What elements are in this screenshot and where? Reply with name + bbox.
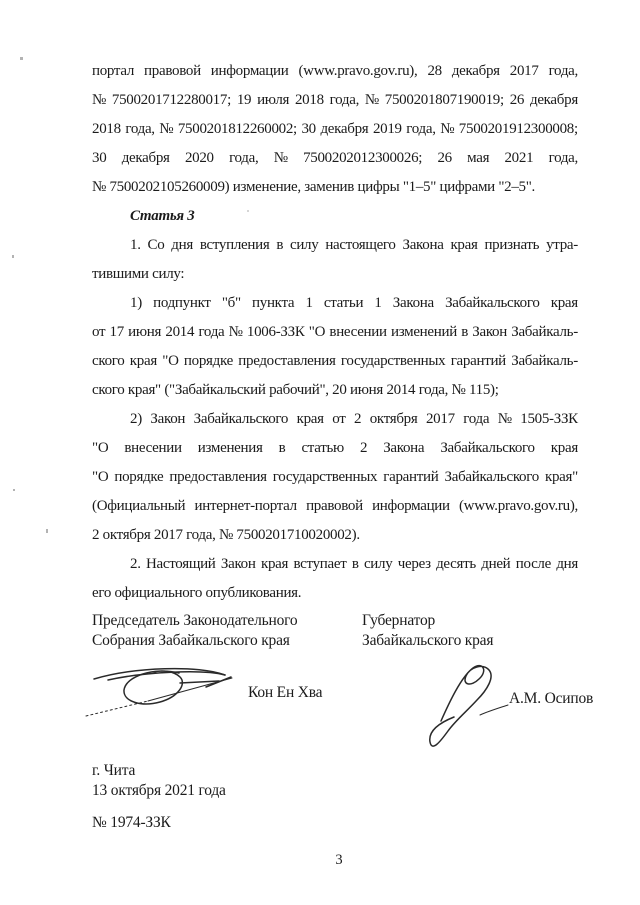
word: предоставления xyxy=(169,463,266,492)
text-line: (Официальныйинтернет-порталправовойинфор… xyxy=(92,492,578,521)
word: 1006-ЗЗК xyxy=(247,318,305,347)
word: края xyxy=(261,550,288,579)
word: "О xyxy=(92,434,108,463)
text-line: от17июня2014года№1006-ЗЗК"Овнесенииизмен… xyxy=(92,318,578,347)
word: признать xyxy=(484,231,539,260)
word: дня xyxy=(171,231,193,260)
word: 30 xyxy=(301,115,315,144)
word: Закон xyxy=(150,405,185,434)
word: 1505-ЗЗК xyxy=(520,405,578,434)
word: изменения xyxy=(198,434,263,463)
word: государственных xyxy=(273,463,377,492)
word: ского xyxy=(92,347,124,376)
word: в xyxy=(279,434,286,463)
word: июля xyxy=(257,86,289,115)
word: № xyxy=(159,115,173,144)
word: края xyxy=(551,434,578,463)
text-line: порталправовойинформации(www.pravo.gov.r… xyxy=(92,57,578,86)
page-number: 3 xyxy=(324,852,354,869)
word: № xyxy=(440,115,454,144)
word: Забайкальского xyxy=(194,405,288,434)
word: декабря xyxy=(530,86,578,115)
word: Закон xyxy=(472,318,507,347)
word: гарантий xyxy=(451,347,506,376)
word: (www.pravo.gov.ru), xyxy=(298,57,417,86)
word: № xyxy=(274,144,288,173)
text-line: №7500201712280017;19июля2018года,№750020… xyxy=(92,86,578,115)
word: Настоящий xyxy=(146,550,216,579)
word: края" xyxy=(545,463,578,492)
chairman-signature-icon xyxy=(84,660,236,722)
word: "О xyxy=(92,463,108,492)
word: 2019 xyxy=(373,115,402,144)
text-line: тившими силу: xyxy=(92,260,578,289)
scan-artifact xyxy=(46,529,48,533)
document-body: порталправовойинформации(www.pravo.gov.r… xyxy=(92,57,578,608)
text-line: ского края" ("Забайкальский рабочий", 20… xyxy=(92,376,578,405)
word: года, xyxy=(125,115,154,144)
word: 7500201807190019; xyxy=(385,86,504,115)
text-line: 2 октября 2017 года, № 7500201710020002)… xyxy=(92,521,578,550)
word: года, xyxy=(549,57,578,86)
document-number: № 1974-ЗЗК xyxy=(92,814,171,832)
word: Забайкальского xyxy=(440,434,534,463)
word: от xyxy=(332,405,345,434)
word: вступает xyxy=(293,550,346,579)
word: 2 xyxy=(354,405,361,434)
signatory-title-line: Губернатор xyxy=(362,611,493,631)
word: 7500202012300026; xyxy=(303,144,422,173)
text-line: его официального опубликования. xyxy=(92,579,578,608)
word: подпункт xyxy=(153,289,211,318)
word: Забайкальского xyxy=(445,289,539,318)
word: в xyxy=(352,550,359,579)
word: портал xyxy=(92,57,134,86)
word: года, xyxy=(330,86,359,115)
governor-name: А.М. Осипов xyxy=(509,690,593,708)
word: правовой xyxy=(144,57,201,86)
word: внесении xyxy=(124,434,181,463)
word: 2 xyxy=(360,434,367,463)
word: Со xyxy=(148,231,165,260)
word: 19 xyxy=(237,86,251,115)
word: "б" xyxy=(222,289,241,318)
word: 2) xyxy=(130,405,142,434)
word: года, xyxy=(229,144,258,173)
scan-artifact xyxy=(12,255,14,258)
word: года, xyxy=(549,144,578,173)
word: (Официальный xyxy=(92,492,185,521)
word: настоящего xyxy=(325,231,395,260)
footer-place-date: г. Чита 13 октября 2021 года xyxy=(92,761,226,801)
word: 7500201912300008; xyxy=(459,115,578,144)
footer-date: 13 октября 2021 года xyxy=(92,781,226,801)
text-line: 2)ЗаконЗабайкальскогокраяот2октября2017г… xyxy=(92,405,578,434)
word: внесении xyxy=(329,318,386,347)
word: гарантий xyxy=(383,463,438,492)
word: года, xyxy=(406,115,435,144)
word: предоставления xyxy=(238,347,335,376)
word: 30 xyxy=(92,144,106,173)
scan-artifact xyxy=(13,489,15,491)
word: силу xyxy=(364,550,392,579)
word: 1. xyxy=(130,231,141,260)
word: дня xyxy=(556,550,578,579)
word: июня xyxy=(128,318,161,347)
word: № xyxy=(92,86,106,115)
word: в xyxy=(276,231,283,260)
word: № xyxy=(229,318,243,347)
word: декабря xyxy=(452,57,500,86)
word: декабря xyxy=(122,144,170,173)
text-line: "Опорядкепредоставлениягосударственныхга… xyxy=(92,463,578,492)
word: декабря xyxy=(320,115,368,144)
word: интернет-портал xyxy=(195,492,297,521)
text-line: 2.НастоящийЗаконкраявступаетвсилучерезде… xyxy=(92,550,578,579)
word: статью xyxy=(301,434,343,463)
word: изменений xyxy=(391,318,457,347)
word: мая xyxy=(467,144,489,173)
word: Забайкальского xyxy=(445,463,539,492)
word: года xyxy=(463,405,489,434)
scan-artifact xyxy=(247,210,249,212)
word: от xyxy=(92,318,105,347)
word: Закона xyxy=(402,231,443,260)
word: 28 xyxy=(427,57,441,86)
word: вступления xyxy=(200,231,270,260)
word: государственных xyxy=(341,347,445,376)
word: края xyxy=(130,347,157,376)
word: десять xyxy=(436,550,476,579)
text-line: 30декабря2020года,№7500202012300026;26ма… xyxy=(92,144,578,173)
word: 2014 xyxy=(165,318,194,347)
scan-artifact xyxy=(20,57,23,60)
document-page: { "page_number": "3", "colors": { "ink":… xyxy=(0,0,640,905)
word: "О xyxy=(162,347,178,376)
word: пункта xyxy=(252,289,294,318)
word: 2. xyxy=(130,550,141,579)
chairman-name: Кон Ен Хва xyxy=(248,684,322,702)
word: статьи xyxy=(324,289,363,318)
word: Закон xyxy=(221,550,256,579)
word: 7500201812260002; xyxy=(178,115,297,144)
signatory-title-governor: Губернатор Забайкальского края xyxy=(362,611,493,651)
word: 26 xyxy=(437,144,451,173)
word: информации xyxy=(372,492,450,521)
word: № xyxy=(365,86,379,115)
word: года xyxy=(198,318,224,347)
word: октября xyxy=(370,405,418,434)
word: силу xyxy=(290,231,318,260)
word: 1 xyxy=(374,289,381,318)
word: в xyxy=(461,318,468,347)
word: утра- xyxy=(546,231,578,260)
word: 2018 xyxy=(92,115,121,144)
word: 1 xyxy=(305,289,312,318)
word: 2017 xyxy=(510,57,539,86)
word: Закона xyxy=(393,289,434,318)
word: порядке xyxy=(114,463,163,492)
word: Закона xyxy=(383,434,424,463)
governor-signature-icon xyxy=(427,659,513,761)
word: 1) xyxy=(130,289,142,318)
word: края xyxy=(297,405,324,434)
word: 2021 xyxy=(504,144,533,173)
word: края xyxy=(551,289,578,318)
word: 7500201712280017; xyxy=(112,86,231,115)
text-line: "Овнесенииизменениявстатью2ЗаконаЗабайка… xyxy=(92,434,578,463)
word: информации xyxy=(211,57,289,86)
text-line: 1)подпункт"б"пункта1статьи1ЗаконаЗабайка… xyxy=(92,289,578,318)
text-line: 1.СоднявступлениявсилунастоящегоЗаконакр… xyxy=(92,231,578,260)
word: через xyxy=(398,550,431,579)
signatory-title-line: Собрания Забайкальского края xyxy=(92,631,297,651)
word: 17 xyxy=(110,318,124,347)
signatory-title-line: Забайкальского края xyxy=(362,631,493,651)
word: Забайкаль- xyxy=(511,318,578,347)
word: (www.pravo.gov.ru), xyxy=(459,492,578,521)
text-line: скогокрая"Опорядкепредоставлениягосударс… xyxy=(92,347,578,376)
word: № xyxy=(498,405,512,434)
text-line: № 7500202105260009) изменение, заменив ц… xyxy=(92,173,578,202)
footer-city: г. Чита xyxy=(92,761,226,781)
word: Забайкаль- xyxy=(511,347,578,376)
word: правовой xyxy=(306,492,363,521)
word: края xyxy=(450,231,477,260)
word: 2020 xyxy=(185,144,214,173)
text-line: 2018года,№7500201812260002;30декабря2019… xyxy=(92,115,578,144)
word: 2018 xyxy=(295,86,324,115)
word: порядке xyxy=(184,347,233,376)
article-heading: Статья 3 xyxy=(92,202,578,231)
signatory-title-chairman: Председатель Законодательного Собрания З… xyxy=(92,611,297,651)
word: 2017 xyxy=(426,405,455,434)
word: после xyxy=(516,550,551,579)
signatory-title-line: Председатель Законодательного xyxy=(92,611,297,631)
word: 26 xyxy=(510,86,524,115)
word: дней xyxy=(481,550,510,579)
word: "О xyxy=(309,318,325,347)
